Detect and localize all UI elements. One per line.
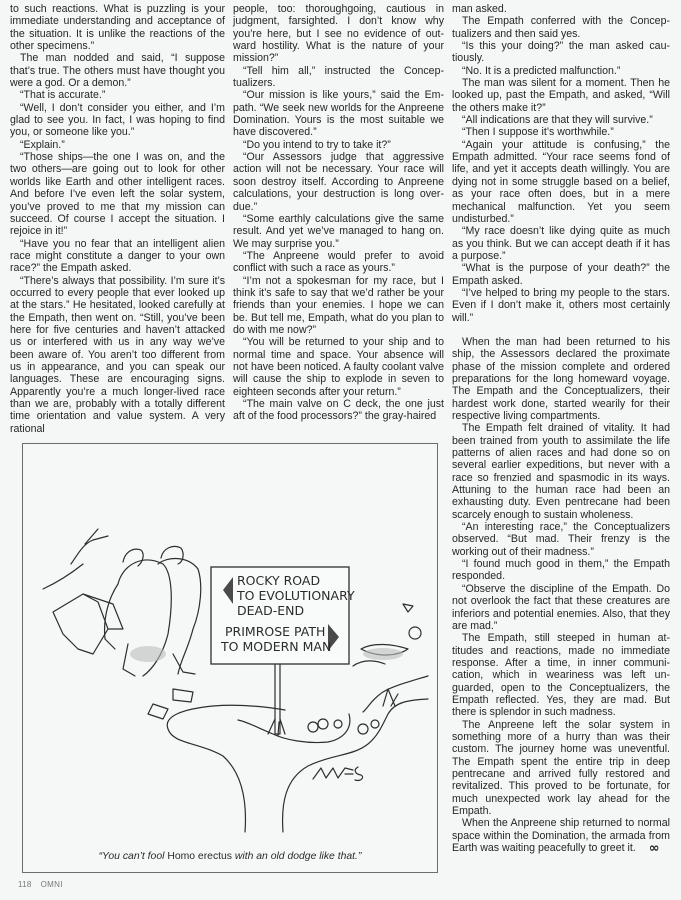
- paragraph: “The main valve on C deck, the one just …: [233, 398, 444, 423]
- paragraph: “That is accurate.”: [10, 89, 225, 101]
- paragraph: The Empath conferred with the Concep­tua…: [452, 15, 670, 40]
- caption-part: “You can’t fool: [99, 851, 168, 862]
- paragraph: “What is the purpose of your death?” the…: [452, 262, 670, 287]
- paragraph-final: When the Anpreene ship returned to norma…: [452, 817, 670, 854]
- paragraph: When the man had been returned to his sh…: [452, 336, 670, 422]
- paragraph: “There’s always that possibility. I’m su…: [10, 275, 225, 435]
- paragraph: to such reactions. What is puzzling is y…: [10, 3, 225, 52]
- paragraph: “Tell him all,” instructed the Concep­tu…: [233, 65, 444, 90]
- paragraph: “I found much good in them,” the Em­path…: [452, 558, 670, 583]
- paragraph: “Have you no fear that an intelligent al…: [10, 238, 225, 275]
- paragraph: The Anpreene left the solar system in so…: [452, 719, 670, 818]
- paragraph: “Then I suppose it’s worthwhile.”: [452, 126, 670, 138]
- paragraph: “I’ve helped to bring my people to the s…: [452, 287, 670, 324]
- sign-line: TO MODERN MAN: [220, 639, 331, 654]
- paragraph-final-text: When the Anpreene ship returned to norma…: [452, 817, 670, 854]
- article-column-1: to such reactions. What is puzzling is y…: [10, 3, 225, 435]
- caption-part-roman: Homo erectus: [167, 851, 232, 862]
- paragraph: The man was silent for a moment. Then he…: [452, 77, 670, 114]
- paragraph: “The Anpreene would prefer to avoid conf…: [233, 250, 444, 275]
- paragraph: The Empath felt drained of vitality. It …: [452, 422, 670, 521]
- cartoon-illustration: ROCKY ROAD TO EVOLUTIONARY DEAD-END PRIM…: [22, 443, 438, 873]
- article-column-2: people, too: thoroughgoing, cautious in …: [233, 3, 444, 423]
- page-folio: 118OMNI: [18, 880, 63, 889]
- paragraph: man asked.: [452, 3, 670, 15]
- cartoon-drawing: ROCKY ROAD TO EVOLUTIONARY DEAD-END PRIM…: [23, 444, 437, 872]
- sign-line: TO EVOLUTIONARY: [236, 588, 355, 603]
- cartoon-caption: “You can’t fool Homo erectus with an old…: [23, 851, 437, 862]
- paragraph: “Some earthly calculations give the same…: [233, 213, 444, 250]
- caption-part: with an old dodge like that.”: [232, 851, 361, 862]
- paragraph: “No. It is a predicted malfunction.”: [452, 65, 670, 77]
- end-mark-icon: ∞: [639, 844, 658, 854]
- magazine-name: OMNI: [41, 880, 63, 889]
- paragraph: people, too: thoroughgoing, cautious in …: [233, 3, 444, 65]
- article-column-3: man asked. The Empath conferred with the…: [452, 3, 670, 854]
- paragraph: “Well, I don’t consider you either, and …: [10, 102, 225, 139]
- paragraph: “My race doesn’t like dying quite as muc…: [452, 225, 670, 262]
- paragraph: The Empath, still steeped in human at­ti…: [452, 632, 670, 718]
- paragraph: “Our mission is like yours,” said the Em…: [233, 89, 444, 138]
- paragraph: “Observe the discipline of the Empath. D…: [452, 583, 670, 632]
- sign-line: DEAD-END: [237, 603, 304, 618]
- paragraph: “Our Assessors judge that aggressive act…: [233, 151, 444, 213]
- paragraph: “You will be returned to your ship and t…: [233, 336, 444, 398]
- paragraph: The man nodded and said, “I suppose that…: [10, 52, 225, 89]
- sign-line: PRIMROSE PATH: [225, 624, 325, 639]
- paragraph: “All indications are that they will surv…: [452, 114, 670, 126]
- paragraph: “Explain.”: [10, 139, 225, 151]
- paragraph: “An interesting race,” the Conceptualiz­…: [452, 521, 670, 558]
- paragraph: “Those ships—the one I was on, and the t…: [10, 151, 225, 237]
- paragraph: “Again your attitude is confusing,” the …: [452, 139, 670, 225]
- page-number: 118: [18, 880, 32, 889]
- paragraph: “Is this your doing?” the man asked cau­…: [452, 40, 670, 65]
- paragraph: “I’m not a spokesman for my race, but I …: [233, 275, 444, 337]
- sign-line: ROCKY ROAD: [237, 573, 320, 588]
- paragraph: “Do you intend to try to take it?”: [233, 139, 444, 151]
